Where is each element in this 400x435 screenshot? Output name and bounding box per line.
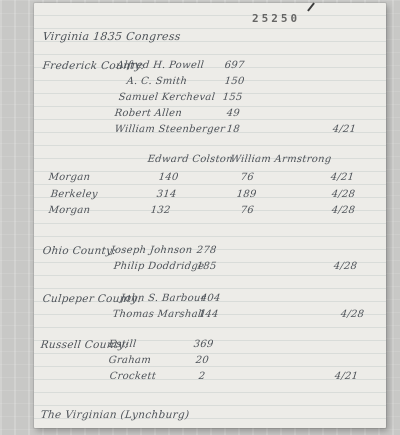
date-note: 4/28 (331, 205, 356, 216)
vote-count: 144 (198, 309, 219, 320)
candidate-name: Estill (108, 339, 137, 350)
candidate-name: John S. Barbour (120, 293, 206, 304)
table-row-colston-votes: 140 (158, 172, 179, 183)
vote-count: 278 (196, 245, 217, 256)
vote-count: 697 (224, 60, 245, 71)
ink-mark (307, 2, 315, 11)
candidate-name: Philip Doddridge (113, 261, 205, 272)
candidate-name: Samuel Kercheval (118, 92, 216, 103)
vote-count: 18 (226, 124, 240, 135)
vote-count: 155 (222, 92, 243, 103)
candidate-name: A. C. Smith (126, 76, 188, 87)
stamp-number: 25250 (252, 12, 300, 25)
table-row-county: Morgan (48, 172, 91, 183)
vote-count: 404 (200, 293, 221, 304)
date-note: 4/21 (332, 124, 357, 135)
table-row-colston-votes: 314 (156, 189, 177, 200)
table-row-armstrong-votes: 76 (240, 205, 254, 216)
vote-count: 2 (198, 371, 206, 382)
source-note: The Virginian (Lynchburg) (40, 409, 190, 421)
table-row-county: Morgan (48, 205, 91, 216)
candidate-name: William Steenberger (114, 124, 226, 135)
candidate-name: Crockett (109, 371, 157, 382)
table-row-armstrong-votes: 189 (236, 189, 257, 200)
vote-count: 20 (195, 355, 209, 366)
vote-count: 185 (196, 261, 217, 272)
date-note: 4/28 (331, 189, 356, 200)
candidate-name: Graham (108, 355, 152, 366)
vote-count: 49 (226, 108, 240, 119)
table-row-county: Berkeley (50, 189, 98, 200)
table-row-armstrong-votes: 76 (240, 172, 254, 183)
date-note: 4/21 (330, 172, 355, 183)
page-title: Virginia 1835 Congress (42, 30, 181, 43)
date-note: 4/28 (333, 261, 358, 272)
county-label-ohio: Ohio County: (42, 245, 117, 257)
candidate-name: Thomas Marshall (112, 309, 205, 320)
candidate-name: Joseph Johnson (110, 245, 193, 256)
candidate-name: Robert Allen (114, 108, 183, 119)
column-header-armstrong: William Armstrong (230, 154, 332, 165)
candidate-name: Alfred H. Powell (116, 60, 205, 71)
date-note: 4/21 (334, 371, 359, 382)
vote-count: 150 (224, 76, 245, 87)
date-note: 4/28 (340, 309, 365, 320)
column-header-colston: Edward Colston (147, 154, 233, 165)
vote-count: 369 (193, 339, 214, 350)
table-row-colston-votes: 132 (150, 205, 171, 216)
document-page: 25250 Virginia 1835 Congress Frederick C… (34, 3, 386, 428)
